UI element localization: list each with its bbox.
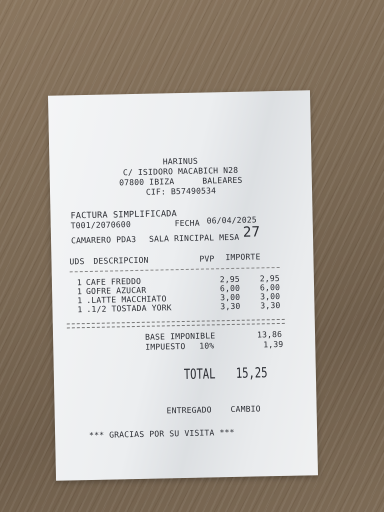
col-unit-price: PVP <box>199 254 214 263</box>
table-number: 27 <box>243 224 261 240</box>
region: BALEARES <box>202 176 242 187</box>
divider <box>70 267 280 272</box>
col-description: DESCRIPCION <box>93 256 148 266</box>
col-amount: IMPORTE <box>225 252 260 262</box>
tax-value: 1,39 <box>263 340 283 349</box>
receipt-paper: HARINUS C/ ISIDORO MACABICH N28 07800 IB… <box>48 90 318 480</box>
total-value: 15,25 <box>236 365 268 382</box>
total-label: TOTAL <box>184 366 216 383</box>
change-label: CAMBIO <box>231 404 261 414</box>
double-divider <box>67 319 285 329</box>
base-label: BASE IMPONIBLE <box>145 331 215 341</box>
col-qty: UDS <box>69 257 84 266</box>
tax-rate: 10% <box>199 341 214 350</box>
receipt-header: HARINUS C/ ISIDORO MACABICH N28 07800 IB… <box>49 154 312 199</box>
invoice-number: T001/2070600 <box>71 220 131 230</box>
items-list: 1 CAFE FREDDO 2,95 2,95 1 GOFRE AZUCAR 6… <box>70 274 281 314</box>
room-table-label: SALA RINCIPAL MESA <box>149 233 239 244</box>
date-label: FECHA <box>175 219 200 229</box>
waiter: CAMARERO PDA3 <box>71 235 136 245</box>
tax-label: IMPUESTO <box>145 342 185 352</box>
delivered-label: ENTREGADO <box>167 405 212 415</box>
footer-thanks: *** GRACIAS POR SU VISITA *** <box>89 428 235 440</box>
base-value: 13,86 <box>257 330 282 340</box>
